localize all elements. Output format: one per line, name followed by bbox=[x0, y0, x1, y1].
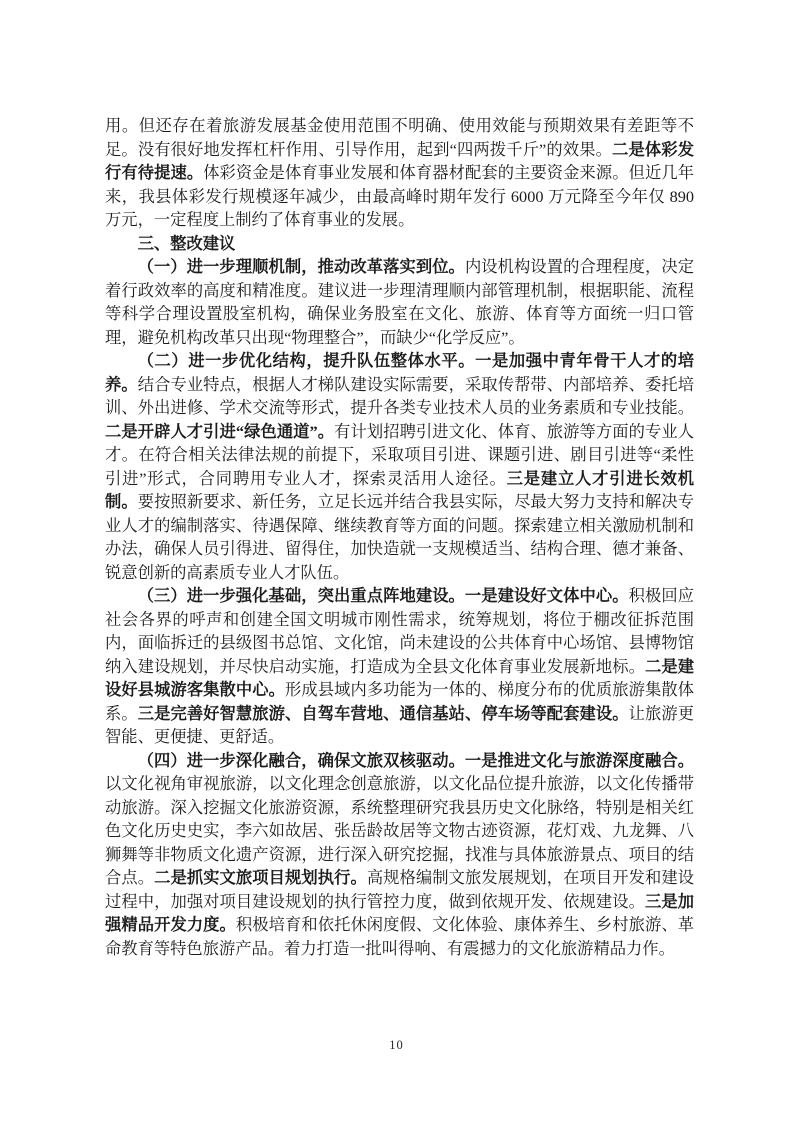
paragraph: （一）进一步理顺机制，推动改革落实到位。内设机构设置的合理程度，决定着行政效率的… bbox=[105, 255, 694, 349]
bold-text-run: 二是抓实文旅项目规划执行。 bbox=[154, 868, 367, 887]
paragraph: （二）进一步优化结构，提升队伍整体水平。一是加强中青年骨干人才的培养。结合专业特… bbox=[105, 349, 694, 584]
bold-text-run: 二是开辟人才引进“绿色通道”。 bbox=[105, 422, 334, 441]
bold-text-run: （三）进一步强化基础，突出重点阵地建设。一是建设好文体中心。 bbox=[138, 586, 629, 605]
text-run: 要按照新要求、新任务，立足长远并结合我县实际，尽最大努力支持和解决专业人才的编制… bbox=[105, 492, 694, 582]
bold-text-run: （四）进一步深化融合，确保文旅双核驱动。一是推进文化与旅游深度融合。 bbox=[138, 751, 694, 770]
section-heading: 三、整改建议 bbox=[105, 232, 694, 256]
document-body: 用。但还存在着旅游发展基金使用范围不明确、使用效能与预期效果有差距等不足。没有很… bbox=[105, 114, 694, 960]
bold-text-run: 三、整改建议 bbox=[138, 234, 236, 253]
document-page: 用。但还存在着旅游发展基金使用范围不明确、使用效能与预期效果有差距等不足。没有很… bbox=[0, 0, 793, 1122]
paragraph: （四）进一步深化融合，确保文旅双核驱动。一是推进文化与旅游深度融合。以文化视角审… bbox=[105, 749, 694, 961]
page-number: 10 bbox=[0, 1038, 793, 1053]
text-run: 结合专业特点，根据人才梯队建设实际需要，采取传帮带、内部培养、委托培训、外出进修… bbox=[105, 375, 694, 418]
paragraph: 用。但还存在着旅游发展基金使用范围不明确、使用效能与预期效果有差距等不足。没有很… bbox=[105, 114, 694, 232]
text-run: 用。但还存在着旅游发展基金使用范围不明确、使用效能与预期效果有差距等不足。没有很… bbox=[105, 116, 694, 159]
paragraph: （三）进一步强化基础，突出重点阵地建设。一是建设好文体中心。积极回应社会各界的呼… bbox=[105, 584, 694, 749]
bold-text-run: （一）进一步理顺机制，推动改革落实到位。 bbox=[138, 257, 465, 276]
bold-text-run: 三是完善好智慧旅游、自驾车营地、通信基站、停车场等配套建设。 bbox=[138, 704, 629, 723]
